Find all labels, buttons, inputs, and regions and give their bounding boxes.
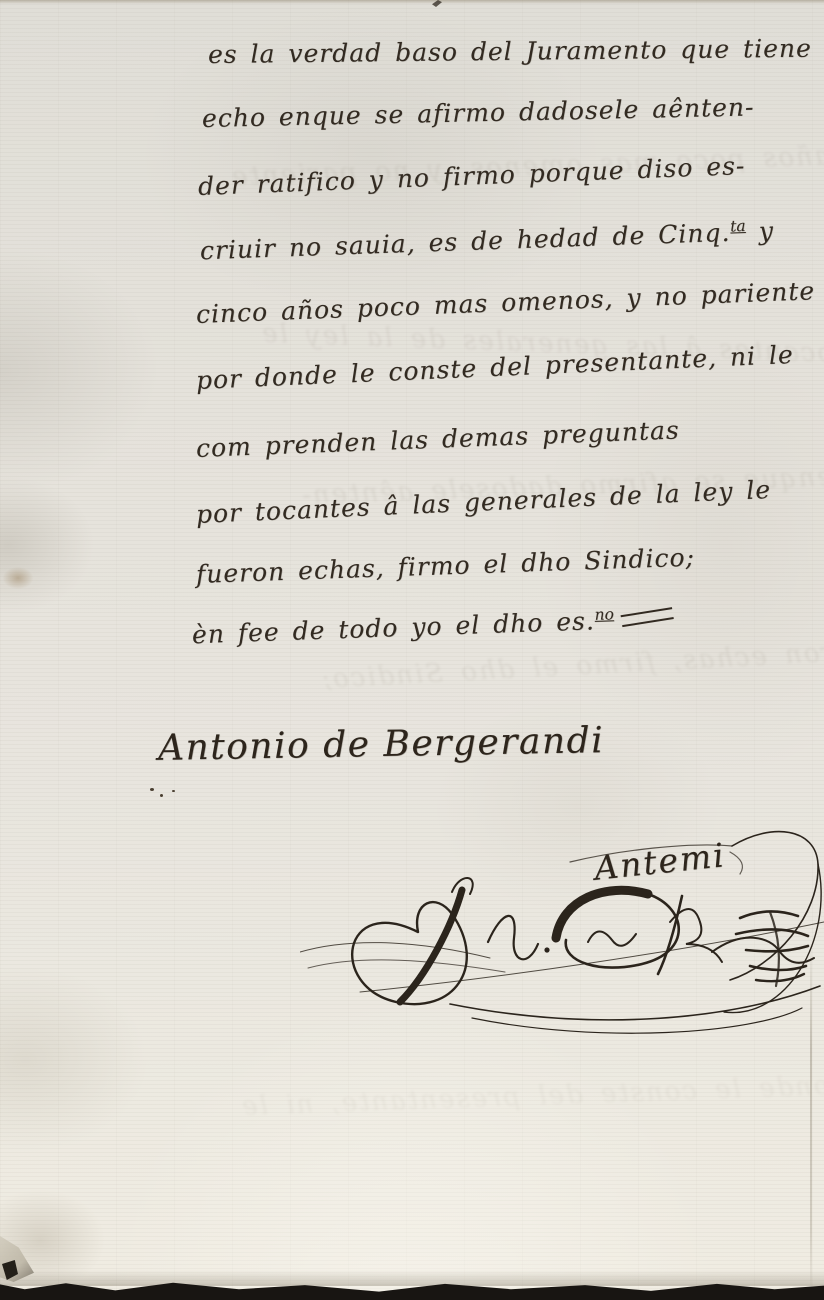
manuscript-line-4: criuir no sauia, es de hedad de Cinq.ta … <box>199 216 774 265</box>
paper-tear <box>0 1236 34 1282</box>
line-text: fueron echas, firmo el dho Sindico; <box>195 543 695 589</box>
line-text: criuir no sauia, es de hedad de Cinq. <box>199 218 730 266</box>
line-text: com prenden las demas preguntas <box>195 415 680 463</box>
manuscript-line-10: èn fee de todo yo el dho es.no <box>191 603 674 649</box>
paper-stains <box>0 0 824 1300</box>
manuscript-line-3: der ratifico y no firmo porque diso es- <box>197 151 745 201</box>
line-text: es la verdad baso del Juramento que tien… <box>208 34 812 69</box>
paper-top-edge <box>0 0 824 4</box>
manuscript-line-5: cinco años poco mas omenos, y no parient… <box>195 276 815 329</box>
manuscript-line-2: echo enque se afirmo dadosele aênten- <box>202 92 755 133</box>
ink-speck <box>172 790 175 792</box>
escribano-rubric-flourish <box>300 800 824 1080</box>
line-text: cinco años poco mas omenos, y no parient… <box>195 276 815 329</box>
paper-laid-texture <box>0 0 824 1300</box>
verso-bleed-text: fueron echas, firmo el dho Sindico; <box>320 635 824 694</box>
superscript: ta <box>730 217 746 236</box>
line-text: y <box>745 216 774 246</box>
ink-speck <box>160 794 163 797</box>
paper-bottom-shadow <box>0 1270 824 1286</box>
superscript: no <box>594 605 614 624</box>
line-text: por donde le conste del presentante, ni … <box>195 340 794 395</box>
manuscript-line-9: fueron echas, firmo el dho Sindico; <box>195 543 695 589</box>
line-text: der ratifico y no firmo porque diso es- <box>197 151 745 201</box>
witness-signature: Antonio de Bergerandi <box>158 720 605 769</box>
line-text: èn fee de todo yo el dho es. <box>191 606 595 649</box>
line-text: por tocantes â las generales de la ley l… <box>195 475 771 529</box>
manuscript-line-8: por tocantes â las generales de la ley l… <box>195 475 771 529</box>
manuscript-line-6: por donde le conste del presentante, ni … <box>195 340 794 395</box>
ink-speck <box>150 788 154 791</box>
line-text: echo enque se afirmo dadosele aênten- <box>202 92 755 133</box>
manuscript-line-7: com prenden las demas preguntas <box>195 415 680 463</box>
top-ink-speck <box>432 0 442 7</box>
scan-bottom-edge <box>0 1276 824 1300</box>
end-double-dash-mark <box>621 607 674 627</box>
manuscript-page: cinco años poco mas omenos, y no parient… <box>0 0 824 1300</box>
manuscript-line-1: es la verdad baso del Juramento que tien… <box>208 34 812 69</box>
